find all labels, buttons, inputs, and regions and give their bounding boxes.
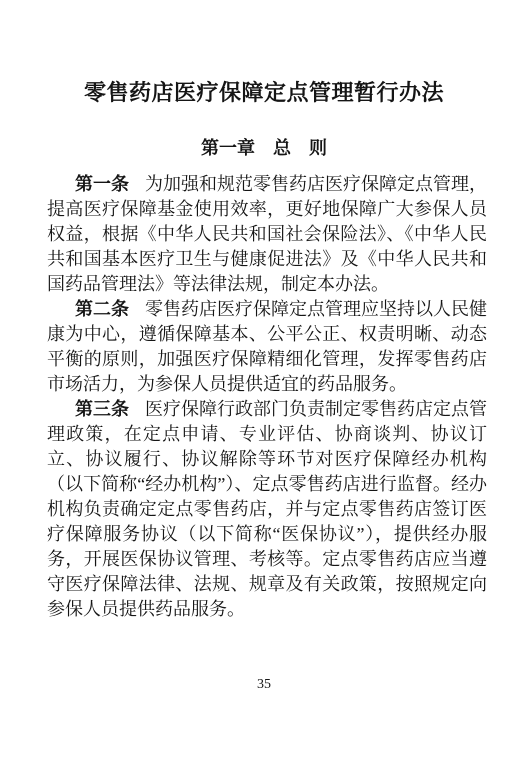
article-3-text: 医疗保障行政部门负责制定零售药店定点管理政策，在定点申请、专业评估、协商谈判、协… xyxy=(47,399,487,619)
chapter-heading: 第一章 总 则 xyxy=(0,136,528,160)
document-page: 零售药店医疗保障定点管理暂行办法 第一章 总 则 第一条为加强和规范零售药店医疗… xyxy=(0,0,528,767)
article-3-number: 第三条 xyxy=(75,399,129,419)
article-2-paragraph: 第二条零售药店医疗保障定点管理应坚持以人民健康为中心，遵循保障基本、公平公正、权… xyxy=(47,297,487,397)
document-title: 零售药店医疗保障定点管理暂行办法 xyxy=(0,79,528,107)
article-1-paragraph: 第一条为加强和规范零售药店医疗保障定点管理，提高医疗保障基金使用效率，更好地保障… xyxy=(47,172,487,297)
article-3-paragraph: 第三条医疗保障行政部门负责制定零售药店定点管理政策，在定点申请、专业评估、协商谈… xyxy=(47,397,487,622)
document-body: 第一条为加强和规范零售药店医疗保障定点管理，提高医疗保障基金使用效率，更好地保障… xyxy=(47,172,487,622)
page-number: 35 xyxy=(0,676,528,694)
article-2-number: 第二条 xyxy=(75,299,129,319)
article-1-number: 第一条 xyxy=(75,174,129,194)
